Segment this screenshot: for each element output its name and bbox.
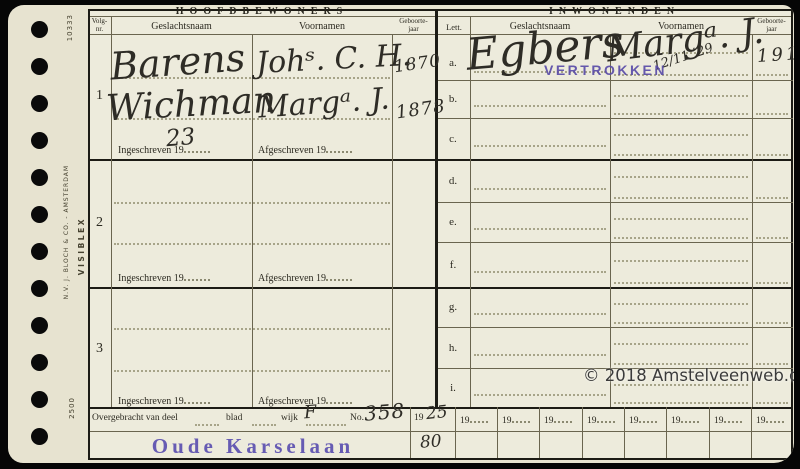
rule [88, 287, 793, 289]
printer-imprint: N.V. J. BLOCH & CO. - AMSTERDAM [63, 165, 70, 299]
brand-imprint: VISIBLEX [77, 217, 86, 275]
writing-line [756, 113, 788, 115]
dotted-leader [554, 413, 572, 423]
column-header-geboortejaar-line2: jaar [408, 25, 419, 33]
writing-line [614, 197, 748, 199]
punch-hole [31, 280, 48, 297]
form-number-bottom: 2500 [68, 397, 76, 419]
rule [455, 407, 456, 458]
rule [497, 407, 498, 458]
blad-label: blad [226, 413, 242, 423]
writing-line [614, 134, 748, 136]
writing-line [474, 188, 606, 190]
writing-line [756, 154, 788, 156]
dotted-leader [326, 271, 352, 281]
column-header-volgnr: Volg-nr. [88, 18, 111, 33]
punch-hole [31, 21, 48, 38]
dotted-leader [306, 424, 346, 426]
year-prefix: 19 [414, 413, 424, 423]
afgeschreven-label-1: Afgeschreven 19 [258, 143, 352, 156]
afgeschreven-text: Afgeschreven 19 [258, 273, 326, 284]
rule [438, 327, 793, 328]
writing-line [614, 363, 748, 365]
rule [88, 159, 793, 161]
handwriting-jaar-1913: 1913 [756, 44, 794, 66]
writing-line [114, 202, 390, 204]
rule [791, 9, 793, 460]
year-prefix: 19 [629, 416, 639, 426]
punch-hole [31, 206, 48, 223]
year-prefix: 19 [460, 416, 470, 426]
punch-hole [31, 428, 48, 445]
writing-line [474, 228, 606, 230]
writing-line [614, 95, 748, 97]
street-stamp: Oude Karselaan [93, 434, 413, 459]
dotted-leader [252, 424, 276, 426]
writing-line [614, 176, 748, 178]
rule [610, 34, 611, 407]
writing-line [614, 343, 748, 345]
dotted-leader [724, 413, 742, 423]
dotted-leader [766, 413, 784, 423]
handwriting-wijk-value: F [303, 404, 317, 423]
photo-background: 10333 N.V. J. BLOCH & CO. - AMSTERDAM VI… [0, 0, 800, 469]
lett-h: h. [438, 342, 468, 354]
form-number-top: 10333 [66, 14, 74, 41]
writing-line [114, 328, 390, 330]
punch-hole [31, 243, 48, 260]
writing-line [474, 145, 606, 147]
no-label: No. [350, 413, 364, 423]
rule [438, 202, 793, 203]
writing-line [614, 218, 748, 220]
rule [88, 9, 90, 460]
rule [438, 242, 793, 243]
ingeschreven-label-3: Ingeschreven 19 [118, 394, 210, 407]
year-cell: 19 [714, 413, 742, 426]
writing-line [756, 402, 788, 404]
writing-line [614, 260, 748, 262]
column-header-geboortejaar-line2: jaar [766, 25, 777, 33]
writing-line [756, 237, 788, 239]
rule [582, 407, 583, 458]
handwriting-no-value: 358 [363, 400, 406, 424]
volgnr-3: 3 [88, 341, 111, 357]
writing-line [474, 105, 606, 107]
handwriting-voornamen-1: Johˢ. C. H. [255, 41, 412, 79]
writing-line [614, 154, 748, 156]
watermark: © 2018 Amstelveenweb.com [583, 366, 794, 385]
year-cell-first: 19 [414, 413, 424, 423]
ingeschreven-label-2: Ingeschreven 19 [118, 271, 210, 284]
year-prefix: 19 [671, 416, 681, 426]
dotted-leader [326, 394, 352, 404]
dotted-leader [184, 394, 210, 404]
lett-a: a. [438, 57, 468, 69]
year-prefix: 19 [714, 416, 724, 426]
year-cell: 19 [544, 413, 572, 426]
handwriting-80: 80 [419, 433, 442, 451]
year-cell: 19 [629, 413, 657, 426]
rule [709, 407, 710, 458]
register-card: 10333 N.V. J. BLOCH & CO. - AMSTERDAM VI… [8, 5, 794, 463]
year-prefix: 19 [502, 416, 512, 426]
ingeschreven-text: Ingeschreven 19 [118, 396, 184, 407]
writing-line [614, 303, 748, 305]
punch-hole [31, 391, 48, 408]
rule [751, 407, 752, 458]
writing-line [614, 322, 748, 324]
writing-line [756, 197, 788, 199]
dotted-leader [470, 413, 488, 423]
writing-line [614, 282, 748, 284]
rule [392, 34, 393, 407]
vertrokken-stamp: VERTROKKEN [544, 62, 667, 78]
punch-hole [31, 132, 48, 149]
writing-line [756, 282, 788, 284]
writing-line [474, 271, 606, 273]
dotted-leader [195, 424, 219, 426]
writing-line [614, 113, 748, 115]
writing-line [114, 370, 390, 372]
writing-line [474, 394, 606, 396]
lett-e: e. [438, 216, 468, 228]
dotted-leader [512, 413, 530, 423]
lett-g: g. [438, 301, 468, 313]
writing-line [756, 322, 788, 324]
writing-line [756, 74, 788, 76]
rule [666, 407, 667, 458]
dotted-leader [681, 413, 699, 423]
rule [539, 407, 540, 458]
afgeschreven-label-2: Afgeschreven 19 [258, 271, 352, 284]
rule [438, 80, 793, 81]
column-header-voornamen-left: Voornamen [252, 21, 392, 32]
handwriting-year-25: 25 [425, 404, 448, 423]
rule [624, 407, 625, 458]
handwriting-geslachtsnaam-wichman: Wichman [105, 83, 277, 128]
punch-hole [31, 95, 48, 112]
rule [438, 118, 793, 119]
section-title-hoofdbewoners: HOOFDBEWONERS [88, 6, 436, 17]
year-prefix: 19 [587, 416, 597, 426]
column-header-geboortejaar-left: Geboorte-jaar [392, 18, 435, 33]
dotted-leader [597, 413, 615, 423]
lett-f: f. [438, 259, 468, 271]
column-header-geslachtsnaam-left: Geslachtsnaam [111, 21, 252, 32]
writing-line [614, 402, 748, 404]
year-prefix: 19 [756, 416, 766, 426]
year-cell: 19 [502, 413, 530, 426]
punch-hole [31, 354, 48, 371]
year-cell: 19 [587, 413, 615, 426]
overgebracht-label: Overgebracht van deel [92, 413, 178, 423]
handwriting-geslachtsnaam-barens: Barens [109, 38, 247, 85]
lett-i: i. [438, 382, 468, 394]
handwriting-ingeschreven-23: 23 [165, 126, 196, 151]
punch-hole [31, 169, 48, 186]
dotted-leader [639, 413, 657, 423]
column-header-volgnr-line2: nr. [96, 25, 103, 33]
afgeschreven-text: Afgeschreven 19 [258, 145, 326, 156]
rule [752, 34, 753, 407]
dotted-leader [326, 143, 352, 153]
writing-line [474, 313, 606, 315]
writing-line [614, 237, 748, 239]
year-prefix: 19 [544, 416, 554, 426]
handwriting-voornamen-2: Margᵃ. J. [257, 84, 390, 123]
lett-c: c. [438, 133, 468, 145]
writing-line [756, 363, 788, 365]
writing-line [474, 354, 606, 356]
lett-d: d. [438, 175, 468, 187]
punch-hole [31, 317, 48, 334]
year-cell: 19 [756, 413, 784, 426]
volgnr-2: 2 [88, 215, 111, 231]
writing-line [114, 243, 390, 245]
dotted-leader [184, 271, 210, 281]
punch-hole [31, 58, 48, 75]
year-cell: 19 [460, 413, 488, 426]
wijk-label: wijk [281, 413, 298, 423]
year-cell: 19 [671, 413, 699, 426]
ingeschreven-text: Ingeschreven 19 [118, 273, 184, 284]
